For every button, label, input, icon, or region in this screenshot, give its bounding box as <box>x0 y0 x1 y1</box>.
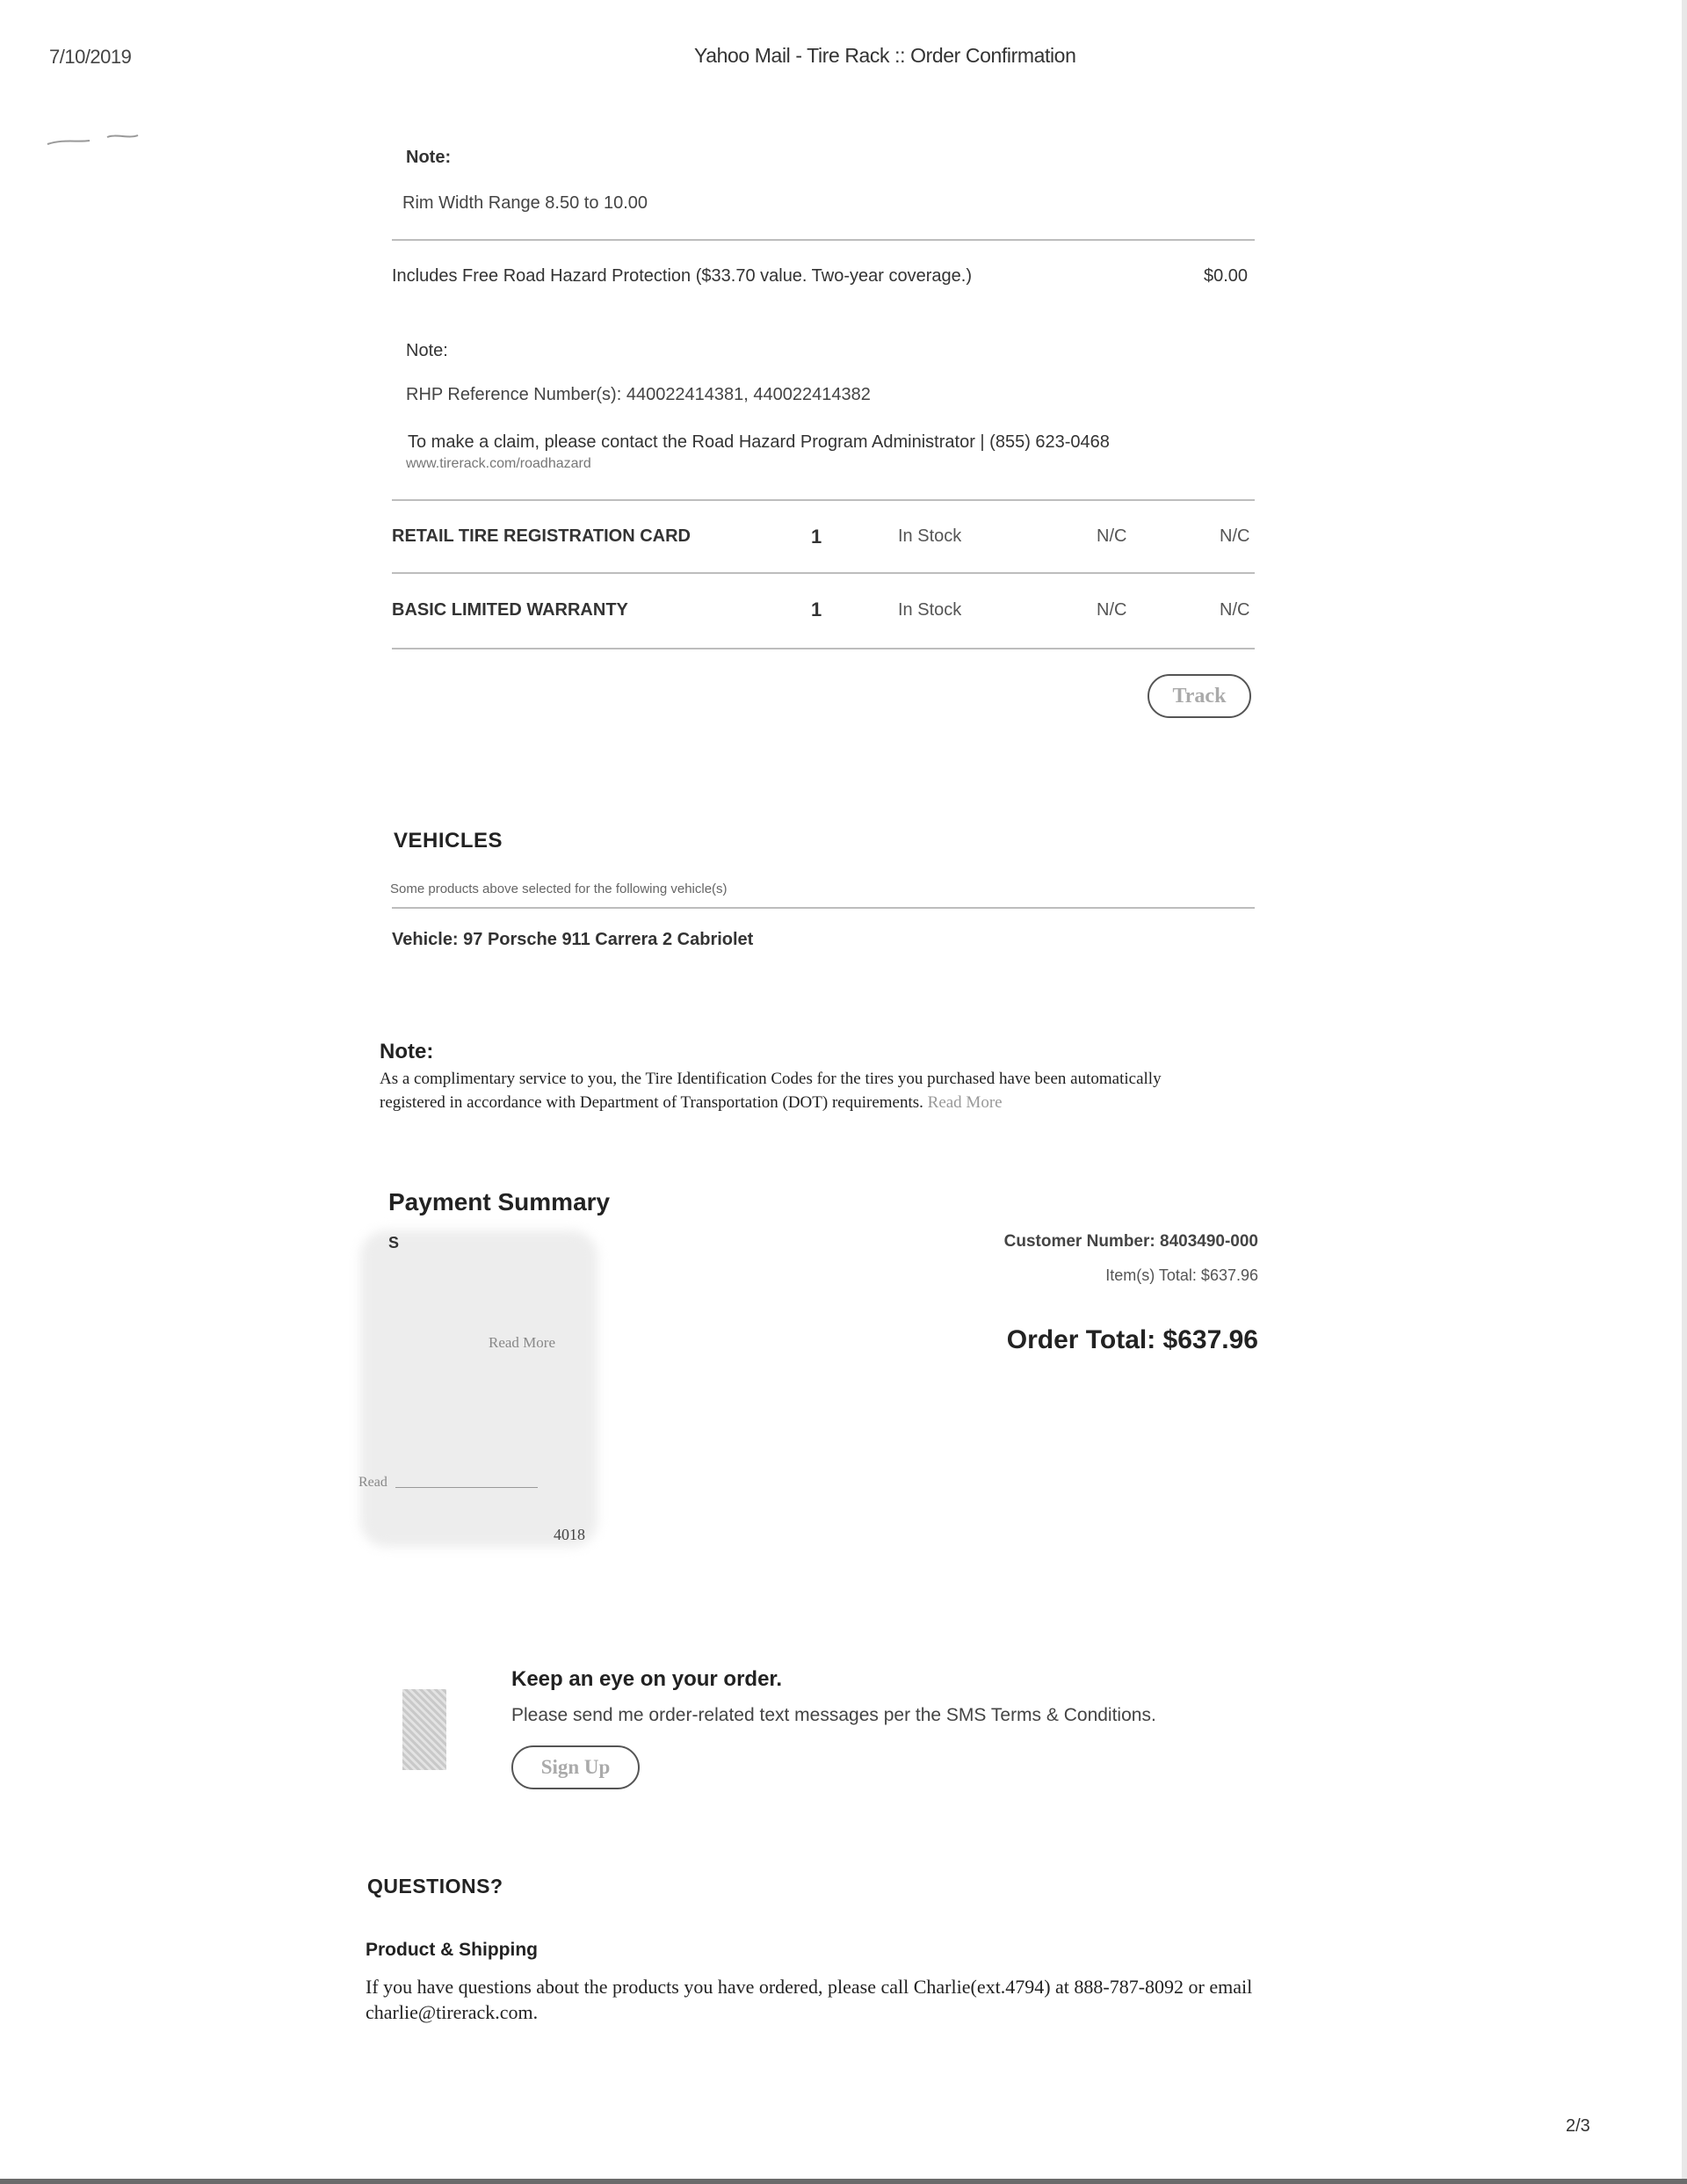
rhp-reference-numbers: RHP Reference Number(s): 440022414381, 4… <box>406 385 871 405</box>
item-status: In Stock <box>898 526 961 547</box>
item-qty: 1 <box>811 599 822 621</box>
track-button[interactable]: Track <box>1148 674 1251 718</box>
vehicles-heading: VEHICLES <box>394 829 503 853</box>
divider <box>395 1487 538 1488</box>
divider <box>392 499 1255 501</box>
payment-read-more[interactable]: Read More <box>489 1334 555 1352</box>
payment-summary-heading: Payment Summary <box>388 1188 610 1216</box>
vehicles-subtext: Some products above selected for the fol… <box>390 882 728 896</box>
print-title: Yahoo Mail - Tire Rack :: Order Confirma… <box>694 44 1075 68</box>
print-date: 7/10/2019 <box>49 46 131 69</box>
read-more-link[interactable]: Read More <box>928 1093 1003 1112</box>
road-hazard-price: $0.00 <box>1204 266 1248 287</box>
sms-graphic-icon <box>402 1689 446 1770</box>
rim-width-note: Rim Width Range 8.50 to 10.00 <box>402 193 648 214</box>
divider <box>392 239 1255 241</box>
item-name: RETAIL TIRE REGISTRATION CARD <box>392 526 691 547</box>
sign-up-button[interactable]: Sign Up <box>511 1745 640 1789</box>
product-shipping-heading: Product & Shipping <box>366 1940 538 1961</box>
item-price: N/C <box>1097 600 1126 620</box>
customer-number: Customer Number: 8403490-000 <box>1004 1232 1258 1252</box>
divider <box>392 648 1255 649</box>
order-total: Order Total: $637.96 <box>1007 1325 1258 1355</box>
page-edge <box>1682 0 1687 2184</box>
note-label: Note: <box>406 148 451 168</box>
questions-text: If you have questions about the products… <box>366 1974 1262 2025</box>
note-label: Note: <box>406 341 448 361</box>
questions-heading: QUESTIONS? <box>367 1875 503 1898</box>
item-total: N/C <box>1220 526 1249 547</box>
item-total: N/C <box>1220 600 1249 620</box>
card-last-digits: 4018 <box>554 1526 585 1544</box>
items-total: Item(s) Total: $637.96 <box>1105 1266 1258 1285</box>
sms-text: Please send me order-related text messag… <box>511 1705 1156 1726</box>
sms-heading: Keep an eye on your order. <box>511 1667 782 1692</box>
dot-note-text: As a complimentary service to you, the T… <box>380 1067 1223 1114</box>
road-hazard-link[interactable]: www.tirerack.com/roadhazard <box>406 456 591 472</box>
page-number: 2/3 <box>1566 2116 1590 2137</box>
road-hazard-description: Includes Free Road Hazard Protection ($3… <box>392 266 972 287</box>
claim-instructions: To make a claim, please contact the Road… <box>408 432 1110 453</box>
item-status: In Stock <box>898 600 961 620</box>
payment-partial-read: Read <box>358 1475 387 1491</box>
item-price: N/C <box>1097 526 1126 547</box>
dot-note-label: Note: <box>380 1040 433 1064</box>
payment-partial-text: S <box>388 1234 399 1252</box>
divider <box>392 907 1255 909</box>
item-qty: 1 <box>811 526 822 548</box>
redacted-region <box>360 1230 597 1547</box>
pen-mark-icon <box>46 130 142 148</box>
divider <box>392 572 1255 574</box>
page-bottom-edge <box>0 2179 1687 2184</box>
vehicle-name: Vehicle: 97 Porsche 911 Carrera 2 Cabrio… <box>392 930 753 950</box>
item-name: BASIC LIMITED WARRANTY <box>392 600 628 620</box>
